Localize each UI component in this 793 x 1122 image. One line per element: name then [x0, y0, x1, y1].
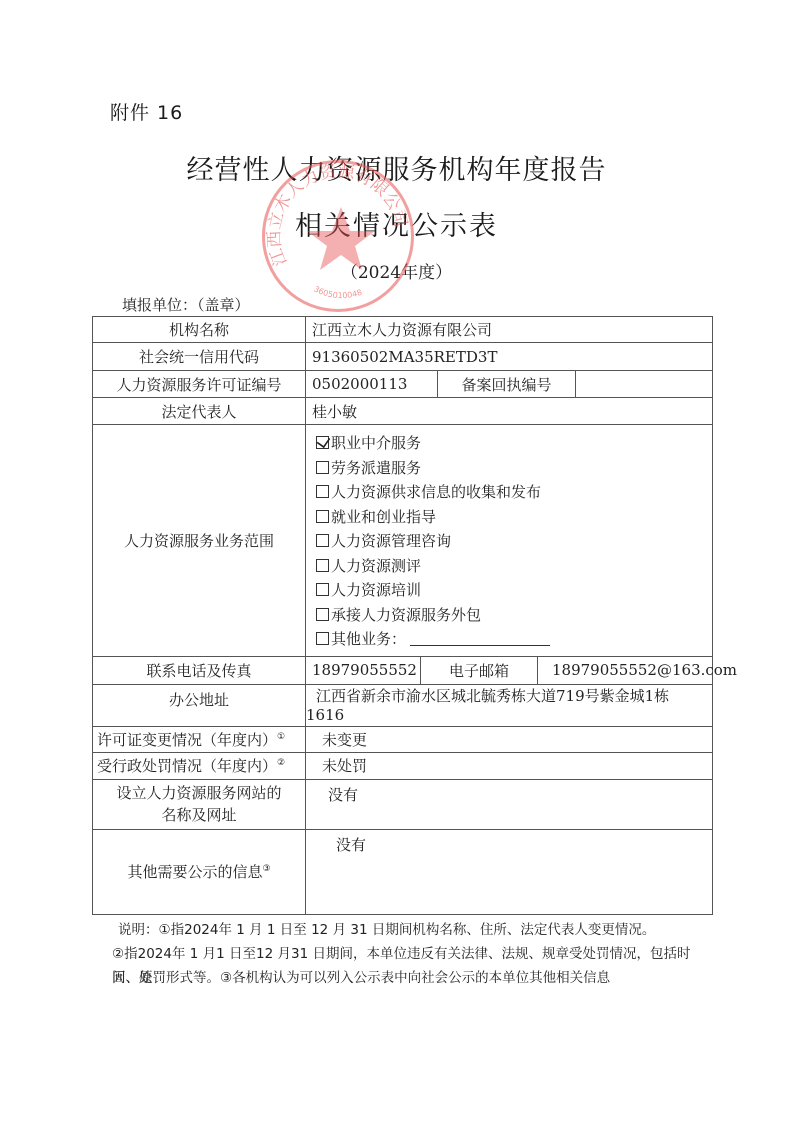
org-name-label: 机构名称 — [93, 317, 306, 343]
report-year: （2024年度） — [0, 258, 793, 283]
scope-item-hr-outsourcing[interactable]: 承接人力资源服务外包 — [316, 603, 706, 628]
scope-item-job-agency[interactable]: 职业中介服务 — [316, 431, 706, 456]
license-no-value: 0502000113 — [306, 371, 438, 398]
org-name-value: 江西立木人力资源有限公司 — [306, 317, 713, 343]
record-no-label: 备案回执编号 — [438, 371, 576, 398]
row-website: 设立人力资源服务网站的 名称及网址 没有 — [93, 779, 713, 829]
checkbox-checked-icon[interactable] — [316, 436, 329, 449]
row-license-change: 许可证变更情况（年度内）① 未变更 — [93, 726, 713, 752]
address-label: 办公地址 — [93, 684, 306, 726]
license-change-value: 未变更 — [306, 726, 713, 752]
checkbox-icon[interactable] — [316, 583, 329, 596]
email-label: 电子邮箱 — [421, 656, 538, 684]
row-legal-rep: 法定代表人 桂小敏 — [93, 398, 713, 425]
checkbox-icon[interactable] — [316, 461, 329, 474]
other-info-label: 其他需要公示的信息③ — [93, 829, 306, 914]
attachment-label: 附件 16 — [110, 98, 183, 125]
credit-code-value: 91360502MA35RETD3T — [306, 343, 713, 371]
disclosure-table: 机构名称 江西立木人力资源有限公司 社会统一信用代码 91360502MA35R… — [92, 316, 713, 915]
svg-text:3605010048: 3605010048 — [312, 284, 363, 300]
legal-rep-label: 法定代表人 — [93, 398, 306, 425]
checkbox-icon[interactable] — [316, 559, 329, 572]
row-business-scope: 人力资源服务业务范围 职业中介服务 劳务派遣服务 人力资源供求信息的收集和发布 … — [93, 425, 713, 657]
credit-code-label: 社会统一信用代码 — [93, 343, 306, 371]
scope-item-hr-training[interactable]: 人力资源培训 — [316, 578, 706, 603]
row-credit-code: 社会统一信用代码 91360502MA35RETD3T — [93, 343, 713, 371]
penalty-label: 受行政处罚情况（年度内）② — [93, 752, 306, 779]
row-penalty: 受行政处罚情况（年度内）② 未处罚 — [93, 752, 713, 779]
scope-item-hr-consulting[interactable]: 人力资源管理咨询 — [316, 529, 706, 554]
penalty-value: 未处罚 — [306, 752, 713, 779]
business-scope-list: 职业中介服务 劳务派遣服务 人力资源供求信息的收集和发布 就业和创业指导 人力资… — [306, 425, 713, 657]
seal-code: 3605010048 — [312, 284, 363, 300]
contact-label: 联系电话及传真 — [93, 656, 306, 684]
other-business-blank[interactable] — [410, 631, 550, 646]
document-title: 经营性人力资源服务机构年度报告 — [0, 148, 793, 187]
phone-value: 18979055552 — [306, 656, 421, 684]
other-info-value: 没有 — [306, 829, 713, 914]
document-subtitle: 相关情况公示表 — [0, 204, 793, 243]
record-no-value — [576, 371, 713, 398]
website-label: 设立人力资源服务网站的 名称及网址 — [93, 779, 306, 829]
scope-item-other[interactable]: 其他业务： — [316, 627, 706, 652]
address-value: 江西省新余市渝水区城北毓秀栋大道719号紫金城1栋 1616 — [306, 684, 713, 726]
license-no-label: 人力资源服务许可证编号 — [93, 371, 306, 398]
checkbox-icon[interactable] — [316, 510, 329, 523]
email-value: 18979055552@163.com — [538, 656, 713, 684]
row-contact: 联系电话及传真 18979055552 电子邮箱 18979055552@163… — [93, 656, 713, 684]
scope-item-career-guidance[interactable]: 就业和创业指导 — [316, 505, 706, 530]
checkbox-icon[interactable] — [316, 485, 329, 498]
scope-item-labor-dispatch[interactable]: 劳务派遣服务 — [316, 456, 706, 481]
filler-unit-label: 填报单位：（盖章） — [122, 294, 250, 315]
checkbox-icon[interactable] — [316, 632, 329, 645]
checkbox-icon[interactable] — [316, 608, 329, 621]
note-line-1: 说明：①指2024年 1 月 1 日至 12 月 31 日期间机构名称、住所、法… — [118, 918, 718, 942]
checkbox-icon[interactable] — [316, 534, 329, 547]
row-org-name: 机构名称 江西立木人力资源有限公司 — [93, 317, 713, 343]
website-value: 没有 — [306, 779, 713, 829]
legal-rep-value: 桂小敏 — [306, 398, 713, 425]
row-license-no: 人力资源服务许可证编号 0502000113 备案回执编号 — [93, 371, 713, 398]
note-line-3: 因、处罚形式等。③各机构认为可以列入公示表中向社会公示的本单位其他相关信息 — [112, 966, 712, 990]
business-scope-label: 人力资源服务业务范围 — [93, 425, 306, 657]
row-other-info: 其他需要公示的信息③ 没有 — [93, 829, 713, 914]
scope-item-info-collection[interactable]: 人力资源供求信息的收集和发布 — [316, 480, 706, 505]
scope-item-hr-assessment[interactable]: 人力资源测评 — [316, 554, 706, 579]
license-change-label: 许可证变更情况（年度内）① — [93, 726, 306, 752]
row-address: 办公地址 江西省新余市渝水区城北毓秀栋大道719号紫金城1栋 1616 — [93, 684, 713, 726]
